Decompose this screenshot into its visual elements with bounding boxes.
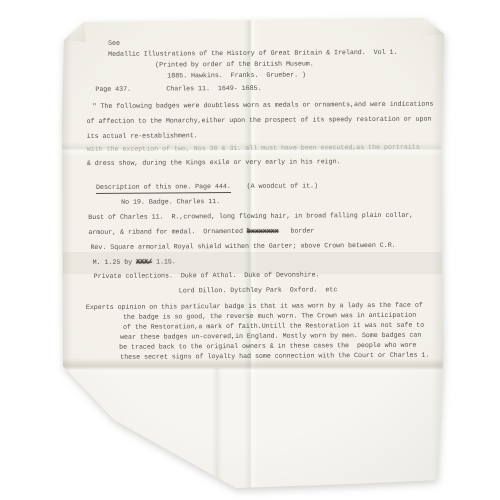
woodcut-note: (A woodcut of it.)	[247, 182, 318, 190]
size-line: M. 1.25 by XXX/ 1.15.	[93, 259, 176, 267]
collections-line-1: Private collections. Duke of Athol. Duke…	[94, 272, 320, 281]
struck-size: XXX/	[136, 259, 152, 267]
description-heading-row: Description of this one. Page 444. (A wo…	[96, 183, 318, 192]
experts-line-1: Experts opinion on this particular badge…	[86, 303, 423, 312]
source-title: Medallic Illustrations of the History of…	[108, 50, 397, 59]
paper-shadow: See Medallic Illustrations of the Histor…	[0, 0, 500, 500]
spacer	[231, 183, 247, 191]
source-printed: (Printed by order of the British Museum.	[155, 61, 314, 69]
page-reference: Page 437.	[95, 87, 131, 94]
experts-line-3: of the Restoration,a mark of faith.Until…	[123, 323, 424, 332]
bust-line-1: Bust of Charles 11. R.,crowned, long flo…	[88, 213, 413, 222]
experts-line-5: be traced back to the original owners & …	[119, 343, 416, 352]
see-note: See	[108, 41, 120, 48]
source-credits: 1885. Hawkins. Franks. Grueber. )	[167, 72, 306, 80]
bust-line-2a: armour, & riband for medal. Ornamented	[88, 228, 243, 237]
faded-exception-line: With the exception of two, Nos 30 & 31. …	[87, 145, 420, 154]
experts-line-2: the badge is so good, the reverse much w…	[123, 313, 416, 322]
spacer	[279, 228, 291, 236]
experts-line-4: wear these badges un-covered,in England.…	[120, 333, 421, 342]
quote-line-3: its actual re-establishment.	[87, 133, 198, 141]
quote-line-2: of affection to the Monarchy,either upon…	[87, 117, 432, 126]
quote-line-1: " The following badges were doubtless wo…	[92, 102, 433, 111]
size-b: 1.15.	[156, 258, 176, 266]
experts-line-6: these secret signs of loyalty had some c…	[120, 353, 429, 362]
bust-line-2: armour, & riband for medal. Ornamented b…	[88, 228, 314, 237]
reverse-line: Rev. Square armorial Royal shield withen…	[90, 243, 395, 252]
size-a: M. 1.25 by	[93, 259, 133, 267]
badge-number-line: No 19. Badge. Charles 11.	[121, 199, 220, 207]
paper: See Medallic Illustrations of the Histor…	[0, 0, 500, 500]
struck-word: bxxxxxxx	[247, 228, 279, 236]
typewritten-text: See Medallic Illustrations of the Histor…	[0, 0, 500, 500]
description-heading: Description of this one. Page 444.	[96, 183, 231, 194]
bust-line-2b: border	[290, 227, 314, 235]
dress-line: & dress show, during the Kings exile or …	[87, 159, 341, 168]
reign-heading: Charles 11. 1649- 1685.	[166, 86, 261, 94]
collections-line-2: Lord Dillon. Dytchley Park Oxford. etc	[179, 287, 338, 295]
photo-of-document: See Medallic Illustrations of the Histor…	[0, 0, 500, 500]
